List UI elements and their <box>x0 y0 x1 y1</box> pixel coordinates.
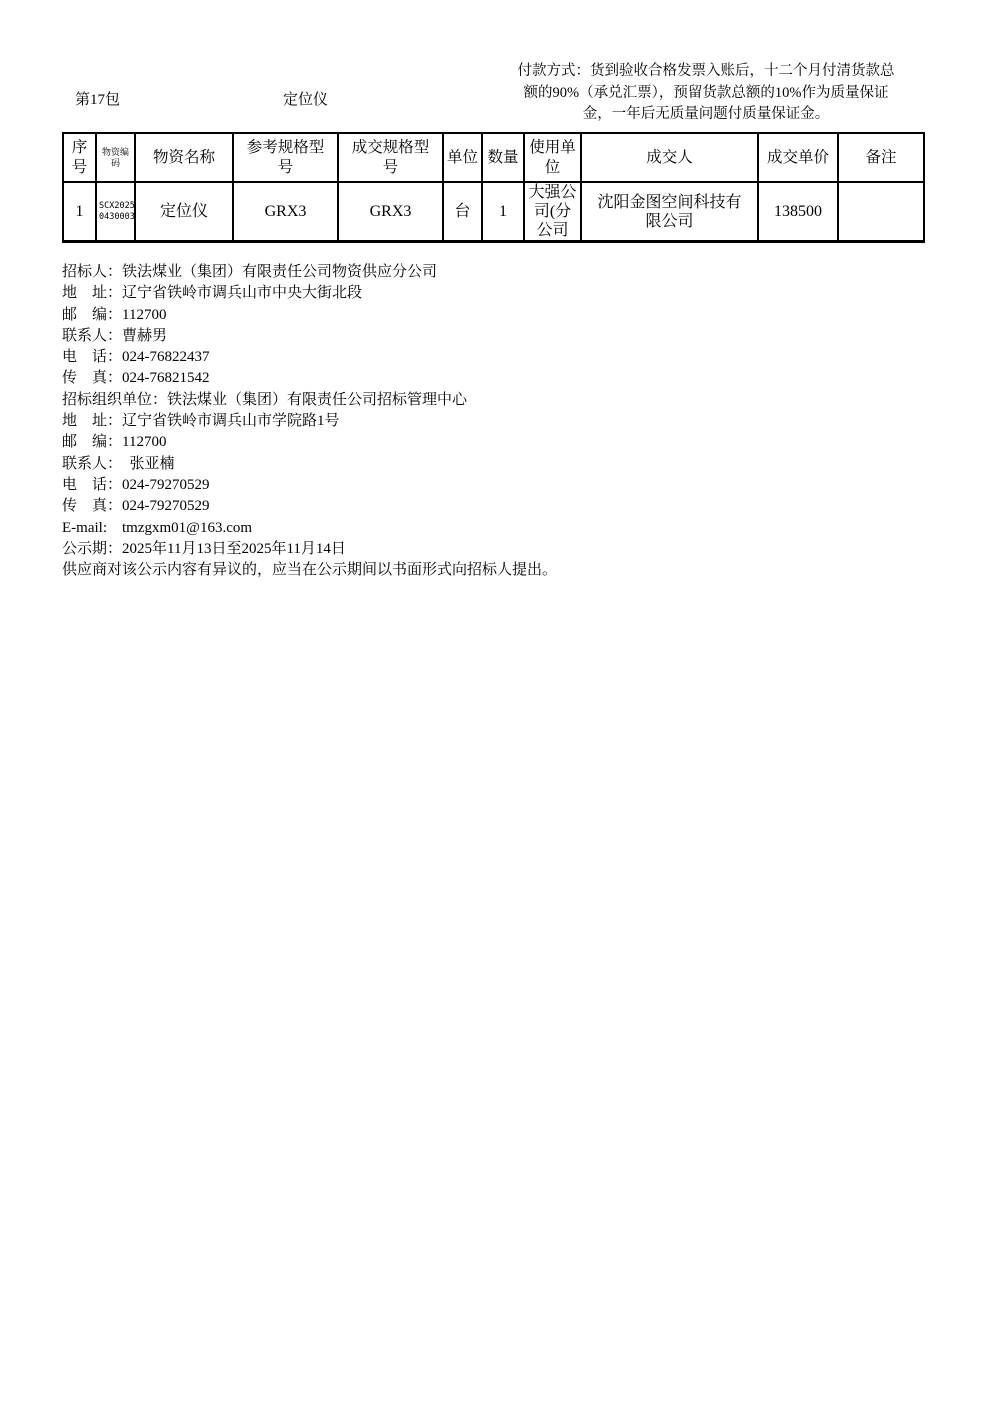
contact-line-phone-2: 电 话：024-79270529 <box>62 475 557 496</box>
table-header-row: 序号 物资编 码 物资名称 参考规格型 号 成交规格型 号 单位 数量 使用单 … <box>63 133 924 182</box>
package-name: 定位仪 <box>283 88 328 109</box>
cell-user-unit: 大强公 司(分 公司 <box>524 182 581 242</box>
col-header-unit: 单位 <box>443 133 482 182</box>
col-header-unit-price: 成交单价 <box>758 133 838 182</box>
cell-winner: 沈阳金图空间科技有 限公司 <box>581 182 758 242</box>
contact-info-block: 招标人：铁法煤业（集团）有限责任公司物资供应分公司 地 址：辽宁省铁岭市调兵山市… <box>62 262 557 581</box>
contact-line-person-1: 联系人：曹赫男 <box>62 326 557 347</box>
col-header-quantity: 数量 <box>482 133 524 182</box>
col-header-winner: 成交人 <box>581 133 758 182</box>
contact-line-organizer: 招标组织单位：铁法煤业（集团）有限责任公司招标管理中心 <box>62 390 557 411</box>
contact-line-postcode-1: 邮 编：112700 <box>62 305 557 326</box>
award-result-table: 序号 物资编 码 物资名称 参考规格型 号 成交规格型 号 单位 数量 使用单 … <box>62 132 925 243</box>
contact-line-tenderer: 招标人：铁法煤业（集团）有限责任公司物资供应分公司 <box>62 262 557 283</box>
contact-line-objection-note: 供应商对该公示内容有异议的，应当在公示期间以书面形式向招标人提出。 <box>62 560 557 581</box>
table-row: 1 SCX2025 0430003 定位仪 GRX3 GRX3 台 1 大强公 … <box>63 182 924 242</box>
contact-line-person-2: 联系人： 张亚楠 <box>62 454 557 475</box>
package-number: 第17包 <box>75 88 120 109</box>
col-header-ref-spec: 参考规格型 号 <box>233 133 338 182</box>
col-header-deal-spec: 成交规格型 号 <box>338 133 443 182</box>
contact-line-address-1: 地 址：辽宁省铁岭市调兵山市中央大街北段 <box>62 283 557 304</box>
payment-terms: 付款方式：货到验收合格发票入账后，十二个月付清货款总 额的90%（承兑汇票），预… <box>481 61 931 126</box>
contact-line-address-2: 地 址：辽宁省铁岭市调兵山市学院路1号 <box>62 411 557 432</box>
contact-line-fax-2: 传 真：024-79270529 <box>62 496 557 517</box>
cell-seq: 1 <box>63 182 96 242</box>
document-page: 第17包 定位仪 付款方式：货到验收合格发票入账后，十二个月付清货款总 额的90… <box>0 0 992 1403</box>
col-header-material-code: 物资编 码 <box>96 133 135 182</box>
col-header-seq: 序号 <box>63 133 96 182</box>
contact-line-postcode-2: 邮 编：112700 <box>62 432 557 453</box>
contact-line-publicity-period: 公示期：2025年11月13日至2025年11月14日 <box>62 539 557 560</box>
cell-unit: 台 <box>443 182 482 242</box>
col-header-remark: 备注 <box>838 133 924 182</box>
contact-line-phone-1: 电 话：024-76822437 <box>62 347 557 368</box>
contact-line-email: E-mail: tmzgxm01@163.com <box>62 518 557 539</box>
contact-line-fax-1: 传 真：024-76821542 <box>62 368 557 389</box>
cell-deal-spec: GRX3 <box>338 182 443 242</box>
col-header-material-name: 物资名称 <box>135 133 233 182</box>
cell-material-code: SCX2025 0430003 <box>96 182 135 242</box>
cell-remark <box>838 182 924 242</box>
col-header-user-unit: 使用单 位 <box>524 133 581 182</box>
cell-material-name: 定位仪 <box>135 182 233 242</box>
cell-unit-price: 138500 <box>758 182 838 242</box>
cell-quantity: 1 <box>482 182 524 242</box>
cell-ref-spec: GRX3 <box>233 182 338 242</box>
